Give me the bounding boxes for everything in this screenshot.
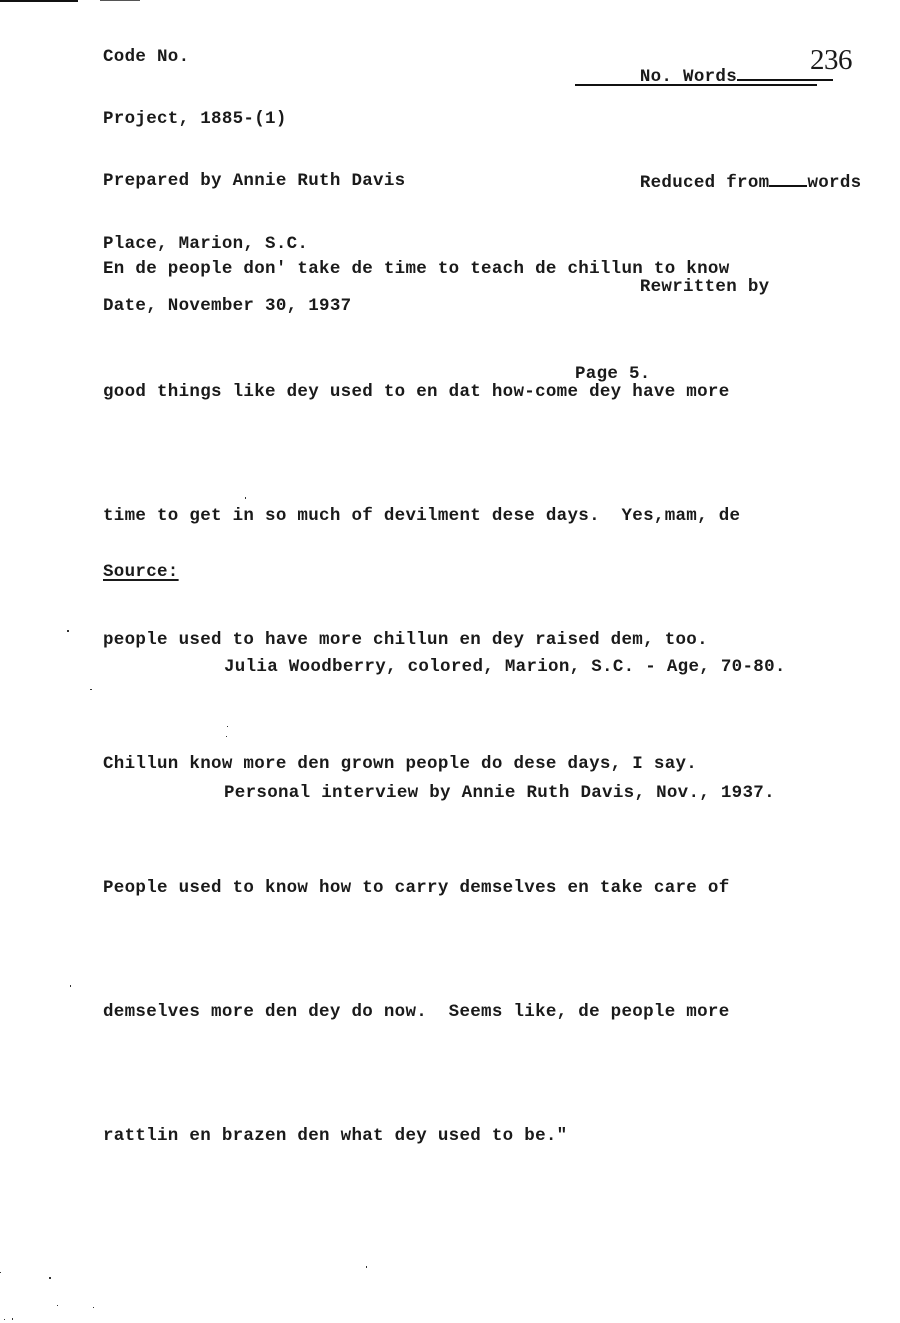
source-citation: Julia Woodberry, colored, Marion, S.C. -…	[224, 562, 786, 898]
body-line: En de people don' take de time to teach …	[103, 249, 740, 290]
scan-speck	[245, 497, 246, 499]
document-page: Code No. Project, 1885-(1) Prepared by A…	[0, 0, 900, 1323]
scan-speck	[227, 726, 228, 727]
body-line: time to get in so much of devilment dese…	[103, 496, 740, 537]
scan-speck	[49, 1277, 51, 1279]
scan-speck	[90, 689, 92, 690]
scan-edge-mark	[0, 0, 78, 2]
scan-speck	[4, 1319, 5, 1320]
source-line: Julia Woodberry, colored, Marion, S.C. -…	[224, 646, 786, 688]
scan-speck	[70, 985, 71, 987]
scan-speck	[0, 1272, 1, 1273]
project-number: Project, 1885-(1)	[103, 109, 405, 130]
scan-speck	[93, 1307, 94, 1308]
scan-edge-mark	[100, 0, 140, 1]
rewritten-by-rule	[575, 84, 817, 86]
code-number: Code No.	[103, 47, 405, 68]
stamped-page-number: 236	[810, 44, 852, 77]
reduced-from-blank	[769, 171, 807, 187]
body-line: good things like dey used to en dat how-…	[103, 372, 740, 413]
reduced-words-suffix: words	[807, 173, 861, 193]
body-line: demselves more den dey do now. Seems lik…	[103, 992, 740, 1033]
scan-speck	[226, 736, 227, 737]
scan-speck	[366, 1266, 367, 1268]
scan-speck	[57, 1305, 58, 1306]
source-line: Personal interview by Annie Ruth Davis, …	[224, 772, 786, 814]
scan-speck	[12, 1318, 13, 1320]
source-label: Source:	[103, 562, 179, 582]
scan-speck	[67, 630, 69, 632]
body-line: rattlin en brazen den what dey used to b…	[103, 1116, 740, 1157]
